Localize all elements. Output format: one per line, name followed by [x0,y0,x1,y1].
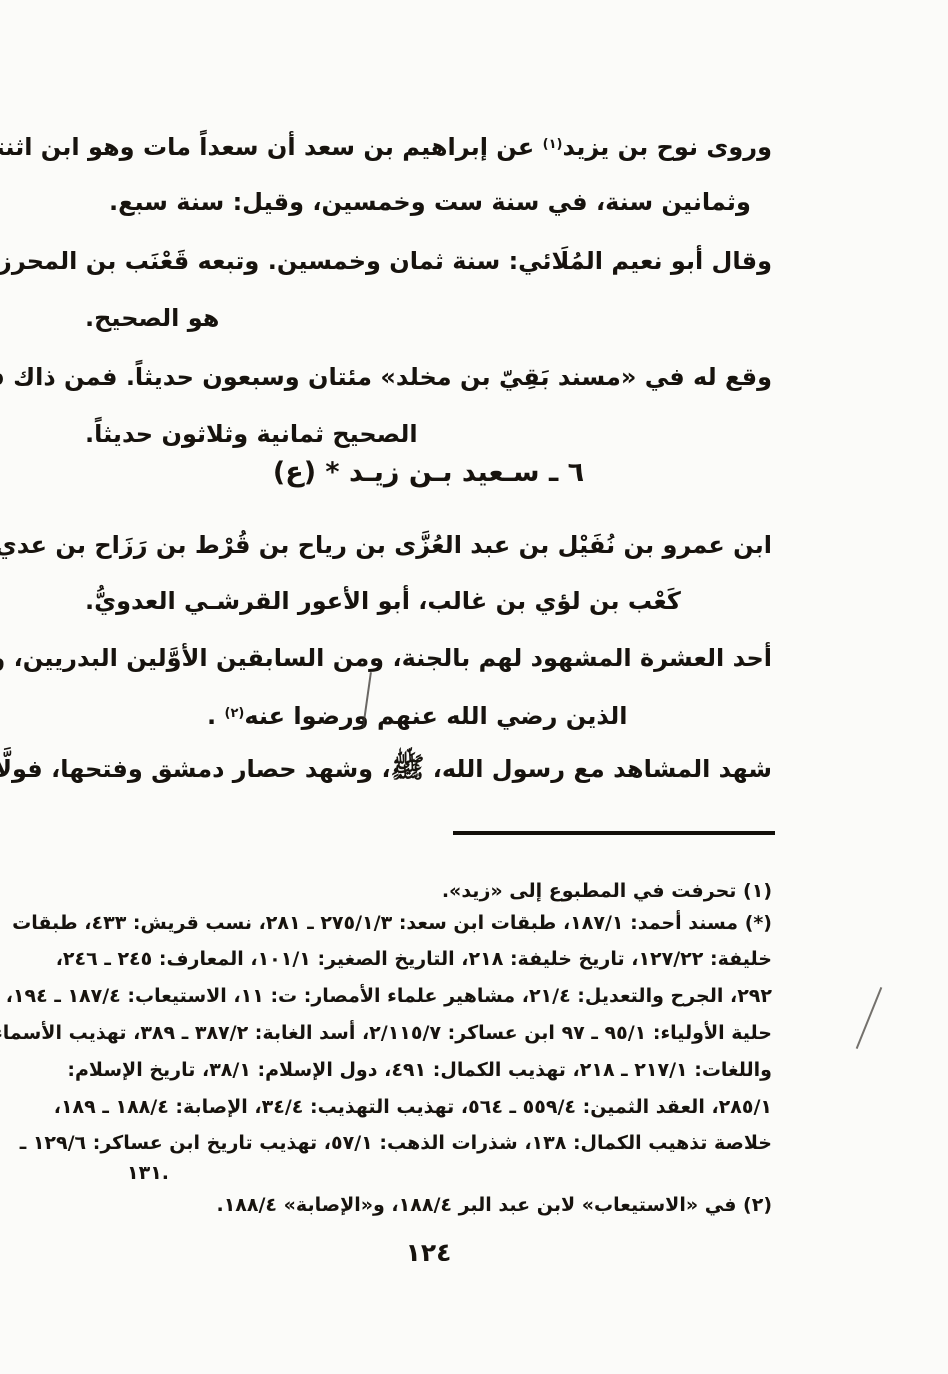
para1-line1: وروى نوح بن يزيد(١) عن إبراهيم بن سعد أن… [85,128,822,164]
para4-line1: ابن عمرو بن نُفَيْل بن عبد العُزَّى بن ر… [85,528,774,562]
scan-artifact-diagonal-stroke [856,987,883,1049]
para2-line2: هو الصحيح. [85,301,772,335]
para1-line1-rest: عن إبراهيم بن سعد أن سعداً مات وهو ابن ا… [0,133,543,161]
para5-line2-rest: . [207,702,224,730]
footnote-star-line4: حلية الأولياء: ٩٥/١ ـ ٩٧ ابن عساكر: ٢/١١… [85,1020,772,1047]
footnote-ref-1-marker: (١) [543,137,563,152]
footnote-star-line3: ٢٩٢، الجرح والتعديل: ٢١/٤، مشاهير علماء … [85,983,772,1010]
para5-line2: الذين رضي الله عنهم ورضوا عنه(٢) . [85,697,894,733]
section-heading: ٦ ـ سـعيد بـن زيـد * (ع) [85,455,772,491]
page-number: ١٢٤ [85,1238,772,1267]
footnote-separator [453,831,775,835]
footnote-star-line6: ٢٨٥/١، العقد الثمين: ٥٥٩/٤ ـ ٥٦٤، تهذيب … [85,1094,772,1121]
salawat-ligature: ﷺ [391,751,425,784]
footnote-star-line7: خلاصة تذهيب الكمال: ١٣٨، شذرات الذهب: ٥٧… [85,1130,772,1157]
para3-line2: الصحيح ثمانية وثلاثون حديثاً. [85,417,772,451]
para6-line1: شهد المشاهد مع رسول الله، ﷺ، وشهد حصار د… [85,752,772,786]
para5-line1: أحد العشرة المشهود لهم بالجنة، ومن الساب… [85,641,812,675]
para1-line2: وثمانين سنة، في سنة ست وخمسين، وقيل: سنة… [85,185,796,219]
footnote-star-line8: ١٣١. [85,1160,814,1187]
footnote-star-line5: واللغات: ٢١٧/١ ـ ٢١٨، تهذيب الكمال: ٤٩١،… [85,1057,772,1084]
footnote-1: (١) تحرفت في المطبوع إلى «زيد». [85,878,774,905]
footnote-star-line2: خليفة: ١٢٧/٢٢، تاريخ خليفة: ٢١٨، التاريخ… [85,946,772,973]
book-page: وروى نوح بن يزيد(١) عن إبراهيم بن سعد أن… [0,0,948,1374]
para6-line1-text: شهد المشاهد مع رسول الله، [424,755,772,783]
footnote-star-line1: (*) مسند أحمد: ١٨٧/١، طبقات ابن سعد: ٢٧٥… [85,910,778,937]
para5-line2-text: الذين رضي الله عنهم ورضوا عنه [244,702,627,730]
para2-line1: وقال أبو نعيم المُلَائي: سنة ثمان وخمسين… [85,244,812,278]
para4-line2: كَعْب بن لؤي بن غالب، أبو الأعور القرشـي… [85,584,772,618]
para6-line1-rest: ، وشهد حصار دمشق وفتحها، فولَّاه [0,755,391,783]
para3-line1: وقع له في «مسند بَقِيّ بن مخلد» مئتان وس… [85,360,780,394]
footnote-2: (٢) في «الاستيعاب» لابن عبد البر ١٨٨/٤، … [85,1192,786,1219]
para1-line1-text: وروى نوح بن يزيد [563,133,773,161]
footnote-ref-2-marker: (٢) [224,706,244,721]
